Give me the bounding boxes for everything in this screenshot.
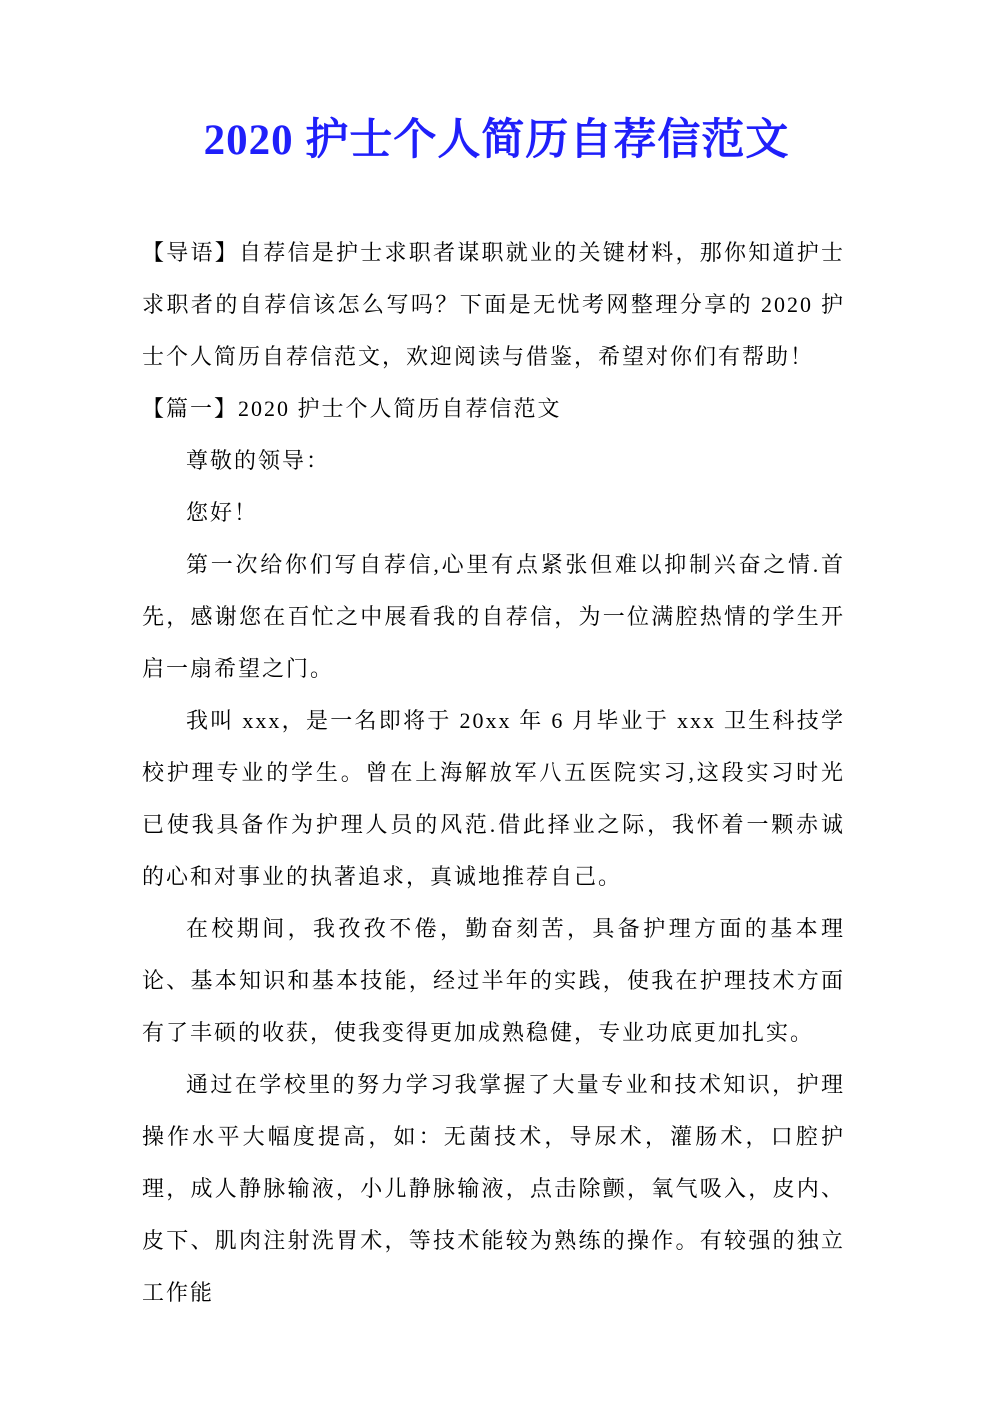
paragraph-body-1: 第一次给你们写自荐信,心里有点紧张但难以抑制兴奋之情.首先，感谢您在百忙之中展看… [142,539,845,695]
paragraph-section-heading: 【篇一】2020 护士个人简历自荐信范文 [142,383,845,435]
paragraph-body-4: 通过在学校里的努力学习我掌握了大量专业和技术知识，护理操作水平大幅度提高，如：无… [142,1059,845,1319]
document-page: 2020 护士个人简历自荐信范文 【导语】自荐信是护士求职者谋职就业的关键材料，… [0,0,993,1404]
document-body: 【导语】自荐信是护士求职者谋职就业的关键材料，那你知道护士求职者的自荐信该怎么写… [142,227,845,1319]
page-title: 2020 护士个人简历自荐信范文 [60,110,933,172]
paragraph-intro: 【导语】自荐信是护士求职者谋职就业的关键材料，那你知道护士求职者的自荐信该怎么写… [142,227,845,383]
paragraph-body-3: 在校期间，我孜孜不倦，勤奋刻苦，具备护理方面的基本理论、基本知识和基本技能，经过… [142,903,845,1059]
paragraph-salutation: 尊敬的领导： [142,435,845,487]
paragraph-body-2: 我叫 xxx，是一名即将于 20xx 年 6 月毕业于 xxx 卫生科技学校护理… [142,695,845,903]
paragraph-greeting: 您好！ [142,487,845,539]
